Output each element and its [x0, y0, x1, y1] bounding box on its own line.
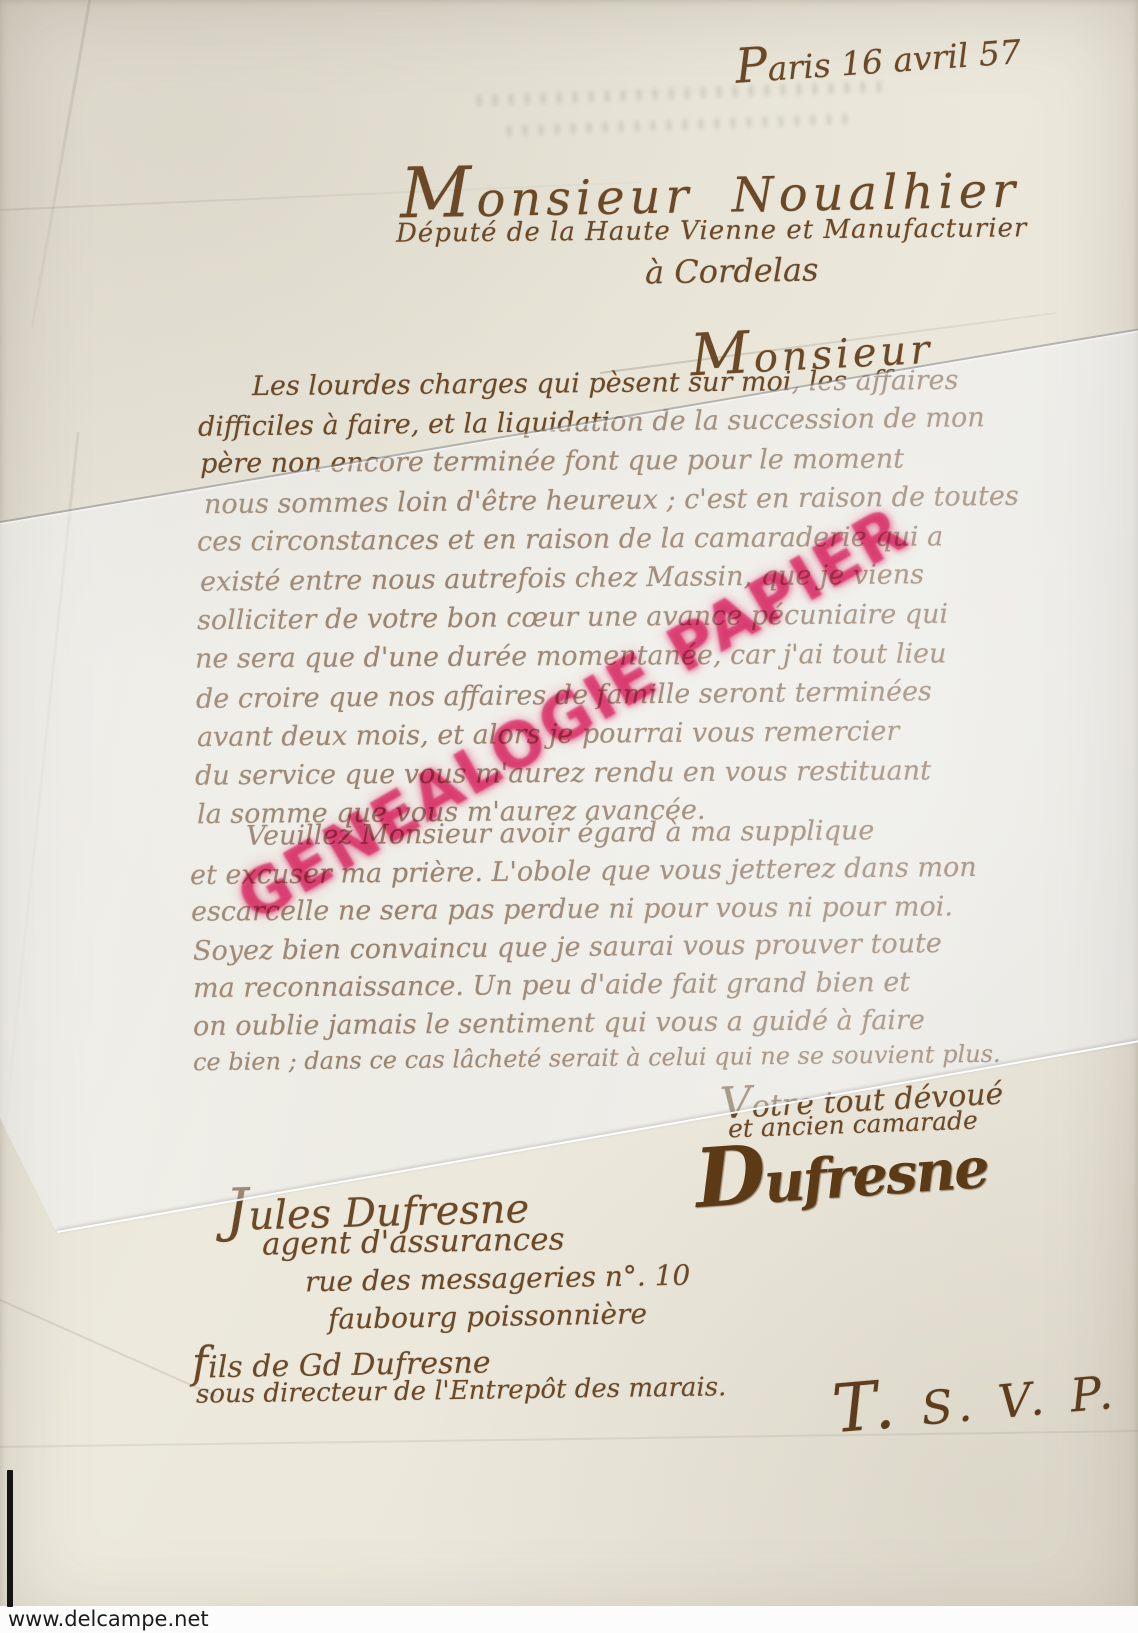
body-line: de croire que nos affaires de famille se…	[196, 676, 932, 715]
body-line: existé entre nous autrefois chez Massin,…	[200, 559, 924, 598]
body-line: avant deux mois, et alors je pourrai vou…	[197, 716, 900, 753]
crease	[31, 0, 93, 328]
scanned-letter: Paris 16 avril 57 Monsieur Noualhier Dép…	[0, 0, 1138, 1633]
crease	[0, 1290, 218, 1398]
recipient-title: Député de la Haute Vienne et Manufacturi…	[396, 213, 1028, 249]
body-line: père non encore terminée font que pour l…	[200, 444, 904, 480]
body-line: Les lourdes charges qui pèsent sur moi, …	[252, 365, 959, 402]
postscript-tsvp: T. S. V. P.	[829, 1346, 1121, 1449]
body-line: solliciter de votre bon cœur une avance …	[197, 599, 948, 637]
body-line: ces circonstances et en raison de la cam…	[197, 521, 943, 557]
body-line: du service que vous m'aurez rendu en vou…	[195, 755, 931, 791]
body-line: difficiles à faire, et la liquidation de…	[198, 402, 985, 443]
body-line: nous sommes loin d'être heureux ; c'est …	[204, 481, 1019, 521]
sender-district: faubourg poissonnière	[328, 1297, 648, 1336]
recipient-place: à Cordelas	[645, 250, 819, 291]
dateline: Paris 16 avril 57	[733, 20, 1022, 95]
body-line: Soyez bien convaincu que je saurai vous …	[193, 928, 942, 967]
body-line: on oublie jamais le sentiment qui vous a…	[193, 1005, 925, 1042]
scan-edge-line	[7, 1470, 13, 1607]
delcampe-watermark: www.delcampe.net	[8, 1607, 209, 1631]
signature: Dufresne	[692, 1112, 990, 1227]
body-line: ne sera que d'une durée momentanée, car …	[195, 638, 947, 674]
crease	[3, 432, 79, 1128]
body-line: et excuser ma prière. L'obole que vous j…	[190, 852, 977, 891]
sender-street: rue des messageries n°. 10	[305, 1259, 691, 1299]
sender-note-2: sous directeur de l'Entrepôt des marais.	[196, 1372, 727, 1409]
sender-role: agent d'assurances	[262, 1221, 565, 1262]
body-line: escarcelle ne sera pas perdue ni pour vo…	[191, 891, 953, 927]
body-line: Veuillez Monsieur avoir égard à ma suppl…	[246, 815, 875, 851]
body-line: ma reconnaissance. Un peu d'aide fait gr…	[193, 967, 910, 1004]
ghost-bleedthrough-line	[500, 114, 850, 136]
delcampe-strip: www.delcampe.net	[0, 1606, 1138, 1633]
